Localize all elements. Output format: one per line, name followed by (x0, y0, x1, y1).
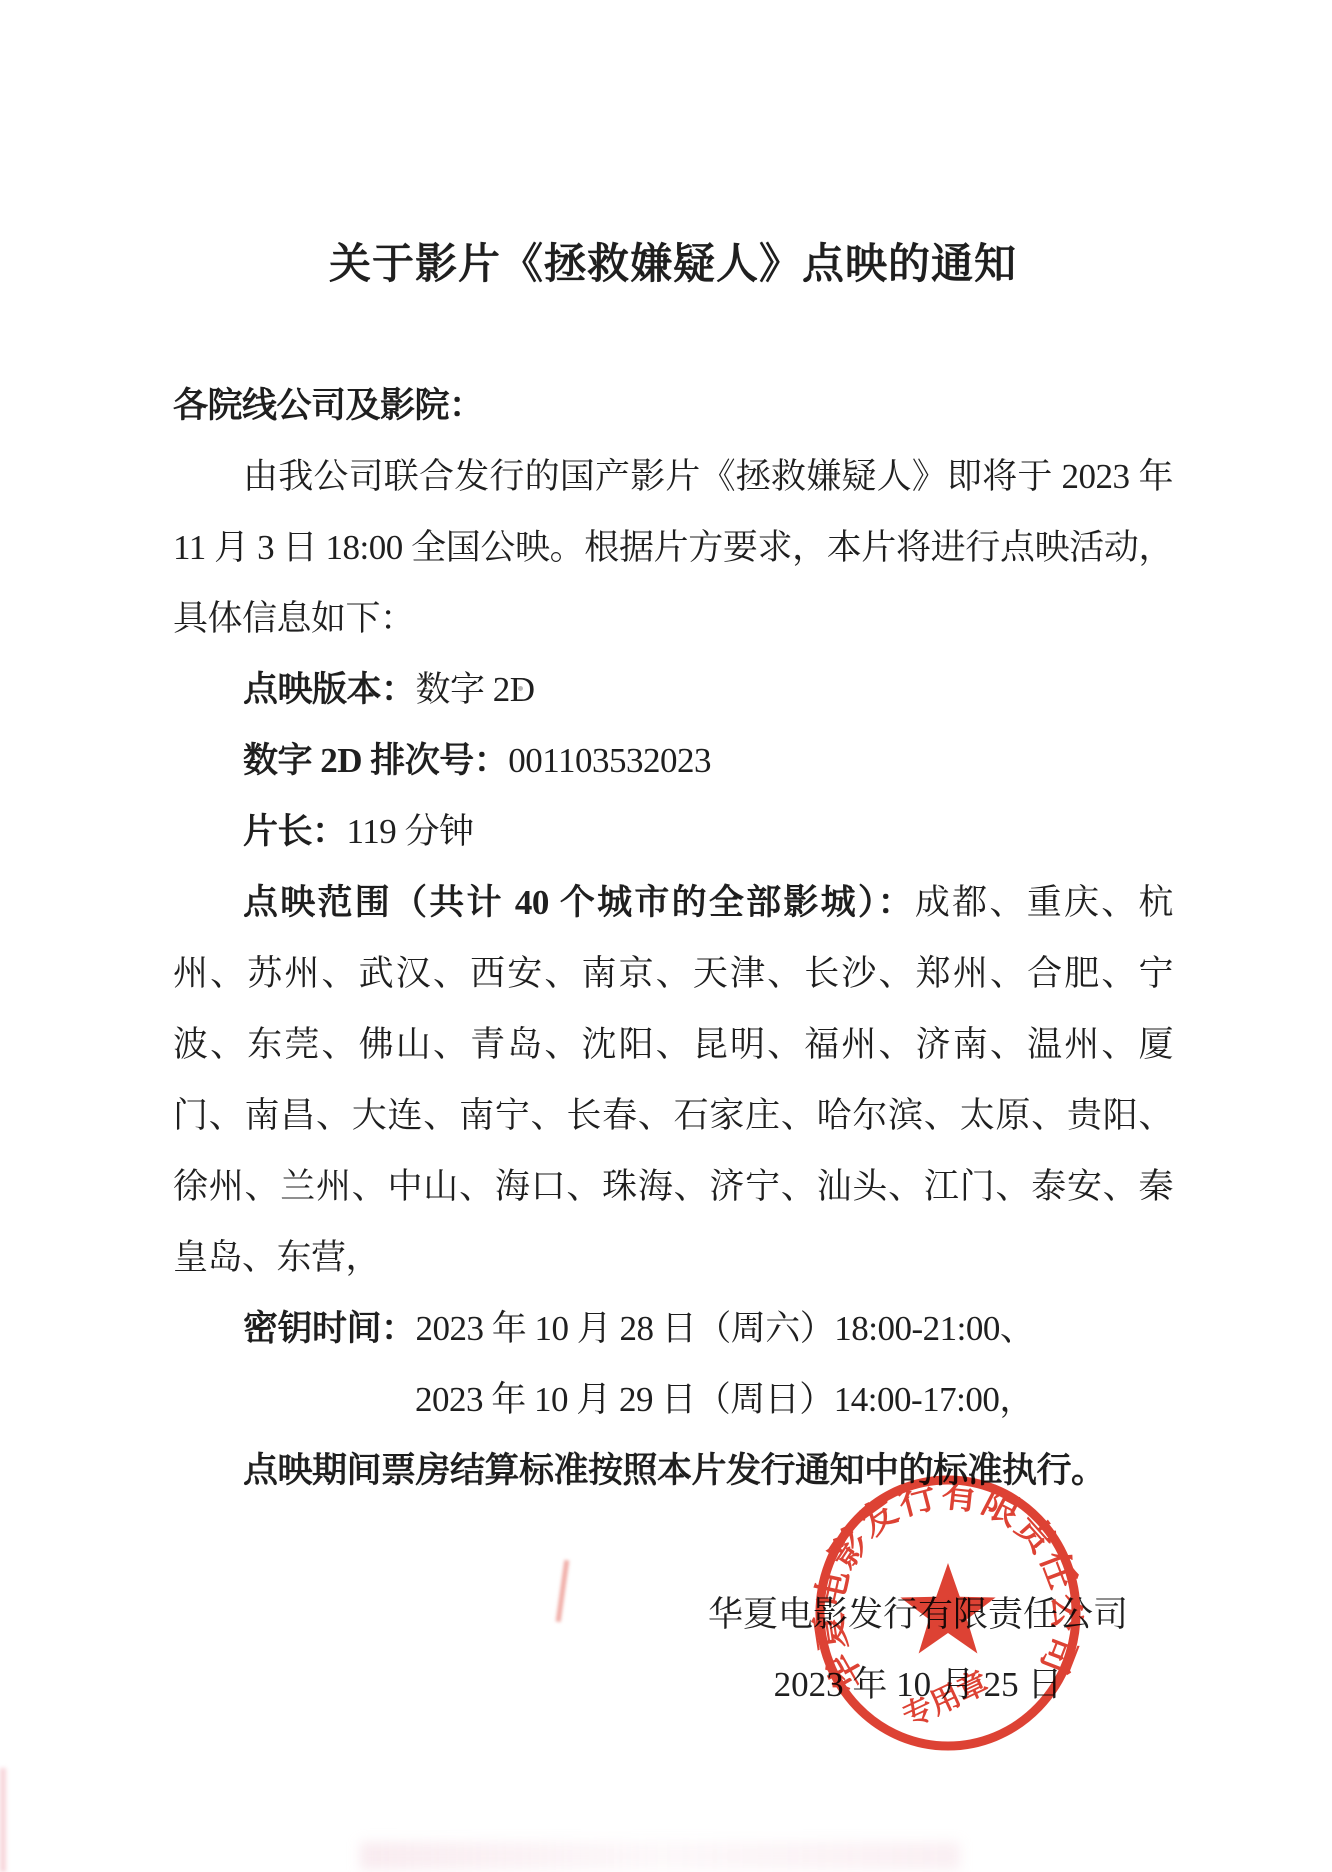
field-version-value: 数字 2D (416, 670, 535, 709)
intro-paragraph: 由我公司联合发行的国产影片《拯救嫌疑人》即将于 2023 年 11 月 3 日 … (173, 441, 1173, 654)
scan-smudge-left (0, 1768, 6, 1872)
signature-date: 2023 年 10 月 25 日 (700, 1650, 1136, 1720)
field-key-time-label: 密钥时间： (243, 1309, 416, 1348)
document-body: 各院线公司及影院： 由我公司联合发行的国产影片《拯救嫌疑人》即将于 2023 年… (173, 370, 1173, 1506)
field-key-time: 密钥时间：2023 年 10 月 28 日（周六）18:00-21:00、 (173, 1293, 1173, 1364)
field-version: 点映版本：数字 2D (173, 654, 1173, 725)
closing-statement: 点映期间票房结算标准按照本片发行通知中的标准执行。 (173, 1435, 1173, 1506)
field-scope-label: 点映范围（共计 40 个城市的全部影城）： (243, 883, 915, 922)
salutation-line: 各院线公司及影院： (173, 370, 1173, 441)
field-key-time-line2: 2023 年 10 月 29 日（周日）14:00-17:00， (173, 1364, 1173, 1435)
field-schedule-number-value: 001103532023 (508, 741, 711, 780)
field-runtime-label: 片长： (243, 812, 347, 851)
scan-smudge-bottom (360, 1842, 960, 1870)
field-scope: 点映范围（共计 40 个城市的全部影城）：成都、重庆、杭州、苏州、武汉、西安、南… (173, 867, 1173, 1293)
document-title: 关于影片《拯救嫌疑人》点映的通知 (173, 240, 1173, 290)
notice-document-page: 关于影片《拯救嫌疑人》点映的通知 各院线公司及影院： 由我公司联合发行的国产影片… (0, 0, 1332, 1872)
signature-company: 华夏电影发行有限责任公司 (700, 1580, 1136, 1650)
scan-dot-artifact (518, 686, 523, 691)
field-runtime: 片长：119 分钟 (173, 796, 1173, 867)
field-scope-cities: 成都、重庆、杭州、苏州、武汉、西安、南京、天津、长沙、郑州、合肥、宁波、东莞、佛… (173, 883, 1173, 1277)
field-schedule-number: 数字 2D 排次号：001103532023 (173, 725, 1173, 796)
field-version-label: 点映版本： (243, 670, 416, 709)
field-runtime-value: 119 分钟 (347, 812, 474, 851)
field-key-time-line1: 2023 年 10 月 28 日（周六）18:00-21:00、 (416, 1309, 1035, 1348)
field-schedule-number-label: 数字 2D 排次号： (243, 741, 508, 780)
stray-ink-mark (556, 1560, 570, 1622)
signature-block: 华夏电影发行有限责任公司 2023 年 10 月 25 日 (700, 1580, 1136, 1720)
